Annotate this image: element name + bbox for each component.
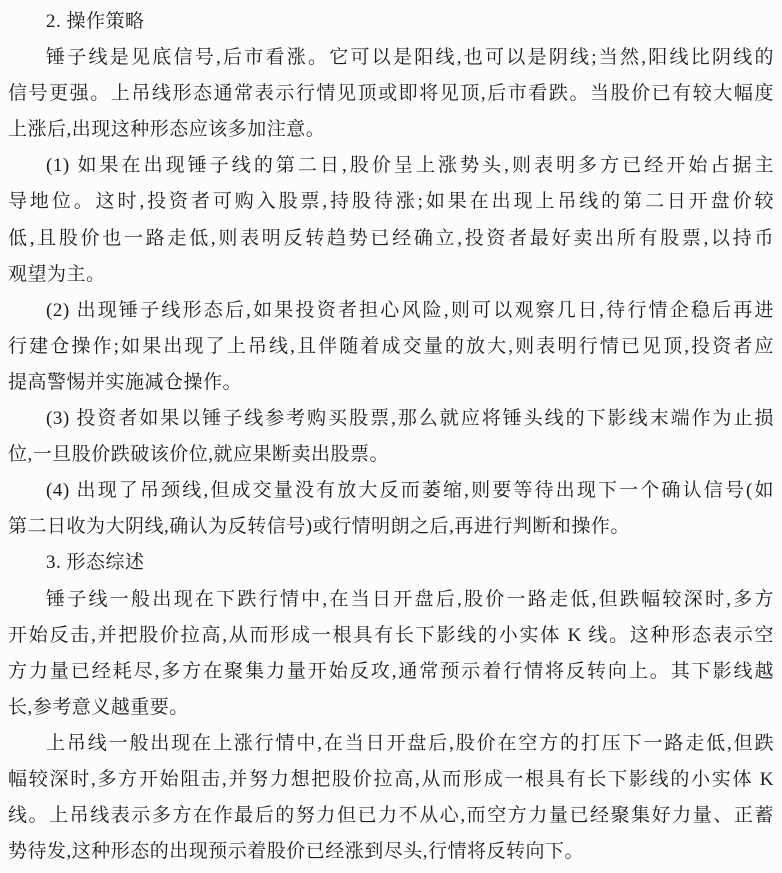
text-line: 上涨后,出现这种形态应该多加注意。 xyxy=(8,112,774,148)
paragraph: (3) 投资者如果以锤子线参考购买股票,那么就应将锤头线的下影线末端作为止损位,… xyxy=(8,401,774,473)
text-line: 行建仓操作;如果出现了上吊线,且伴随着成交量的放大,则表明行情已见顶,投资者应 xyxy=(8,329,774,365)
text-line: 开始反击,并把股价拉高,从而形成一根具有长下影线的小实体 K 线。这种形态表示空 xyxy=(8,618,774,654)
document-page: 2. 操作策略锤子线是见底信号,后市看涨。它可以是阳线,也可以是阴线;当然,阳线… xyxy=(0,0,782,873)
text-line: (3) 投资者如果以锤子线参考购买股票,那么就应将锤头线的下影线末端作为止损 xyxy=(8,401,774,437)
text-line: 上吊线一般出现在上涨行情中,在当日开盘后,股价在空方的打压下一路走低,但跌 xyxy=(8,726,774,762)
text-line: (1) 如果在出现锤子线的第二日,股价呈上涨势头,则表明多方已经开始占据主 xyxy=(8,148,774,184)
paragraph: 上吊线一般出现在上涨行情中,在当日开盘后,股价在空方的打压下一路走低,但跌幅较深… xyxy=(8,726,774,870)
text-line: 长,参考意义越重要。 xyxy=(8,690,774,726)
text-line: (4) 出现了吊颈线,但成交量没有放大反而萎缩,则要等待出现下一个确认信号(如 xyxy=(8,473,774,509)
section-heading: 3. 形态综述 xyxy=(8,545,774,581)
text-line: 第二日收为大阴线,确认为反转信号)或行情明朗之后,再进行判断和操作。 xyxy=(8,509,774,545)
section-heading: 2. 操作策略 xyxy=(8,4,774,40)
text-line: 3. 形态综述 xyxy=(8,545,774,581)
text-line: 幅较深时,多方开始阻击,并努力想把股价拉高,从而形成一根具有长下影线的小实体 K xyxy=(8,762,774,798)
text-line: 位,一旦股价跌破该价位,就应果断卖出股票。 xyxy=(8,437,774,473)
text-line: 低,且股价也一路走低,则表明反转趋势已经确立,投资者最好卖出所有股票,以持币 xyxy=(8,221,774,257)
text-line: 线。上吊线表示多方在作最后的努力但已力不从心,而空方力量已经聚集好力量、正蓄 xyxy=(8,798,774,834)
text-line: 锤子线是见底信号,后市看涨。它可以是阳线,也可以是阴线;当然,阳线比阴线的 xyxy=(8,40,774,76)
text-line: (2) 出现锤子线形态后,如果投资者担心风险,则可以观察几日,待行情企稳后再进 xyxy=(8,293,774,329)
text-line: 锤子线一般出现在下跌行情中,在当日开盘后,股价一路走低,但跌幅较深时,多方 xyxy=(8,582,774,618)
text-line: 提高警惕并实施减仓操作。 xyxy=(8,365,774,401)
paragraph: (1) 如果在出现锤子线的第二日,股价呈上涨势头,则表明多方已经开始占据主导地位… xyxy=(8,148,774,292)
text-line: 方力量已经耗尽,多方在聚集力量开始反攻,通常预示着行情将反转向上。其下影线越 xyxy=(8,654,774,690)
text-line: 信号更强。上吊线形态通常表示行情见顶或即将见顶,后市看跌。当股价已有较大幅度 xyxy=(8,76,774,112)
text-line: 导地位。这时,投资者可购入股票,持股待涨;如果在出现上吊线的第二日开盘价较 xyxy=(8,184,774,220)
paragraph: 锤子线一般出现在下跌行情中,在当日开盘后,股价一路走低,但跌幅较深时,多方开始反… xyxy=(8,582,774,726)
text-line: 观望为主。 xyxy=(8,257,774,293)
text-line: 势待发,这种形态的出现预示着股价已经涨到尽头,行情将反转向下。 xyxy=(8,834,774,870)
text-line: 2. 操作策略 xyxy=(8,4,774,40)
paragraph: 锤子线是见底信号,后市看涨。它可以是阳线,也可以是阴线;当然,阳线比阴线的信号更… xyxy=(8,40,774,148)
paragraph: (2) 出现锤子线形态后,如果投资者担心风险,则可以观察几日,待行情企稳后再进行… xyxy=(8,293,774,401)
paragraph: (4) 出现了吊颈线,但成交量没有放大反而萎缩,则要等待出现下一个确认信号(如第… xyxy=(8,473,774,545)
